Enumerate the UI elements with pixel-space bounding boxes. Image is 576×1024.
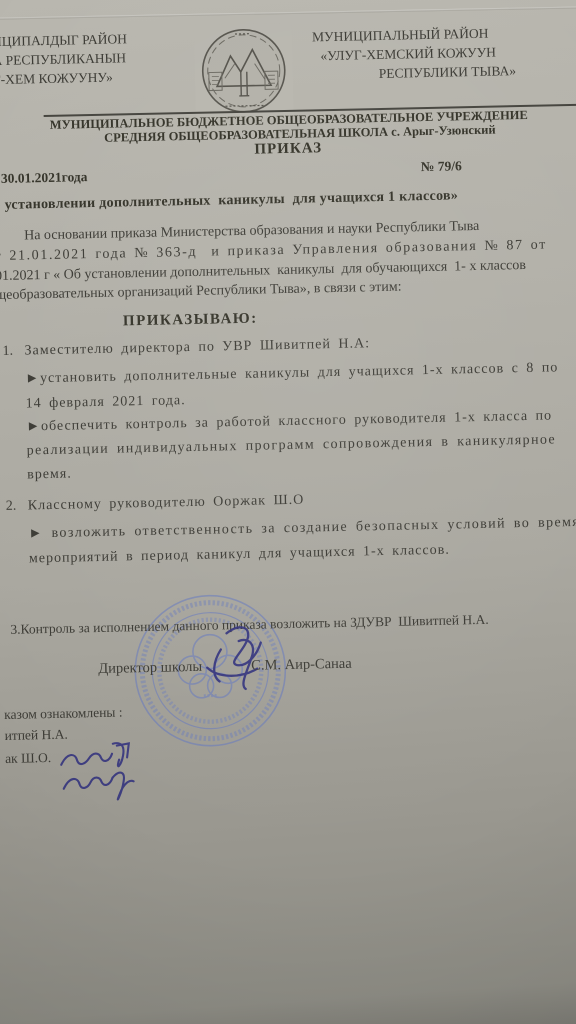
item2-title: Классному руководителю Ооржак Ш.О [28, 493, 305, 515]
coat-of-arms-emblem-icon [194, 23, 294, 119]
item2-bullet1-line2: мероприятий в период каникул для учащихс… [29, 543, 450, 568]
order-number: № 79/6 [421, 158, 462, 175]
item1-bullet2-line3: время. [27, 467, 72, 484]
item1-bullet1-line2: 14 февраля 2021 года. [26, 393, 186, 412]
item1-bullet2-line2: реализации индивидуальных программ сопро… [27, 432, 557, 459]
item2-number: 2. [6, 499, 17, 515]
header-left-line3: Г-ХЕМ КОЖУУНУ» [0, 69, 113, 90]
document-photo: ИЦИПАЛДЫГ РАЙОН А РЕСПУБЛИКАНЫН Г-ХЕМ КО… [0, 0, 576, 1024]
director-role-label: Директор школы [98, 659, 202, 678]
order-subject: б установлении дополнительных каникулы д… [0, 188, 458, 214]
director-name: С.М. Аир-Санаа [251, 656, 352, 675]
header-right-line3: РЕСПУБЛИКИ ТЫВА» [379, 60, 576, 83]
ack-name-2: ак Ш.О. [5, 750, 51, 767]
order-document: ИЦИПАЛДЫГ РАЙОН А РЕСПУБЛИКАНЫН Г-ХЕМ КО… [0, 0, 576, 1024]
item1-number: 1. [2, 344, 13, 360]
order-date: 30.01.2021года [1, 169, 88, 187]
ack-signature-2 [59, 763, 136, 813]
item1-bullet1-line1: ►установить дополнительные каникулы для … [25, 360, 559, 387]
item1-title: Заместителю директора по УВР Шивитпей Н.… [24, 336, 370, 359]
item1-bullet2-line1: ►обеспечить контроль за работой классног… [26, 408, 552, 435]
order-heading: ПРИКАЗЫВАЮ: [123, 311, 258, 331]
header-left-line1: ИЦИПАЛДЫГ РАЙОН [0, 30, 127, 51]
header-left-line2: А РЕСПУБЛИКАНЫН [0, 49, 126, 70]
ack-heading: казом ознакомлены : [4, 705, 123, 723]
item2-bullet1-line1: ► возложить ответственность за создание … [28, 515, 576, 543]
doc-type-title: ПРИКАЗ [254, 140, 322, 158]
